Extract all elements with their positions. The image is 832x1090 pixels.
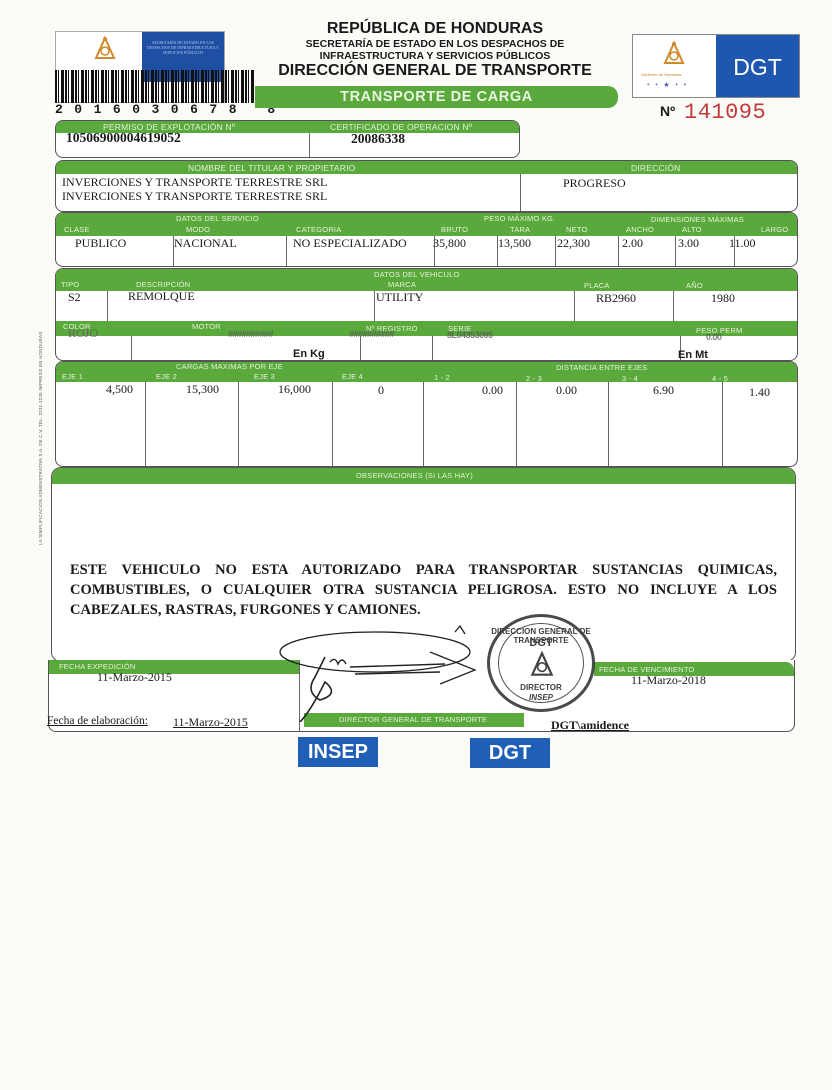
tipo-value: S2 [68,290,81,305]
service-label: DATOS DEL SERVICIO [176,214,259,223]
header-ministry-1: SECRETARÍA DE ESTADO EN LOS DESPACHOS DE [270,38,600,50]
tara-label: TARA [510,225,530,234]
eje2-label: EJE 2 [156,372,177,381]
placa-value: RB2960 [596,291,636,306]
alto-label: ALTO [682,225,702,234]
dist-45-label: 4 - 5 [712,374,728,383]
owner-name-1: INVERCIONES Y TRANSPORTE TERRESTRE SRL [62,175,327,190]
signature [270,622,490,722]
fecha-vencimiento-value: 11-Marzo-2018 [631,673,706,688]
registro-value: ########## [349,329,394,339]
dist-23-value: 0.00 [556,383,577,398]
owner-label: NOMBRE DEL TITULAR Y PROPIETARIO [188,163,355,173]
address-value: PROGRESO [563,176,626,191]
categoria-value: NO ESPECIALIZADO [293,236,407,251]
clase-value: PUBLICO [75,236,126,251]
dgt-logo-text: DGT [716,35,799,97]
color-value: ROJO [68,326,98,341]
dist-12-label: 1 - 2 [434,373,450,382]
ancho-value: 2.00 [622,236,643,251]
printer-note: LA SIMPLIFICACION ADMINISTRATIVA S.A. DE… [38,332,43,545]
marca-value: UTILITY [376,290,423,305]
stamp-director-text: DIRECTOR [490,683,592,692]
certificado-value: 20086338 [351,131,405,147]
owner-section: NOMBRE DEL TITULAR Y PROPIETARIO DIRECCI… [55,160,798,212]
eje3-label: EJE 3 [254,372,275,381]
document-type-banner: TRANSPORTE DE CARGA [255,86,618,108]
tipo-label: TIPO [61,280,79,289]
coat-of-arms-icon [530,651,554,679]
dgt-logo: Gobierno de Honduras • • ★ • • DGT [632,34,800,98]
elaboracion-label: Fecha de elaboración: [47,715,148,727]
address-label: DIRECCIÓN [631,163,681,173]
permits-section: PERMISO DE EXPLOTACIÓN Nº CERTIFICADO DE… [55,120,520,158]
dist-12-value: 0.00 [482,383,503,398]
serial-number-label: Nº [660,103,675,119]
dist-45-value: 1.40 [749,385,770,400]
motor-label: MOTOR [192,322,221,331]
stars-icon: • • ★ • • [647,81,688,89]
insep-logo: INSEP [298,737,378,767]
modo-label: MODO [186,225,210,234]
eje4-value: 0 [378,383,384,398]
barcode [55,70,255,103]
eje1-label: EJE 1 [62,372,83,381]
vehicle-section: DATOS DEL VEHICULO TIPO DESCRIPCIÓN MARC… [55,268,798,361]
stamp-center-text: DGT [490,637,592,649]
barcode-number: 2016030678 8 [55,102,287,117]
fecha-expedicion-value: 11-Marzo-2015 [97,670,172,685]
largo-value: 11.00 [729,236,756,251]
coat-of-arms-icon [663,41,685,67]
eje2-value: 15,300 [186,382,219,397]
weight-label: PESO MÁXIMO KG. [484,214,555,223]
placa-label: PLACA [584,281,610,290]
owner-name-2: INVERCIONES Y TRANSPORTE TERRESTRE SRL [62,189,327,204]
document-header: REPÚBLICA DE HONDURAS SECRETARÍA DE ESTA… [270,20,600,80]
largo-label: LARGO [761,225,788,234]
serial-number: 141095 [684,100,766,125]
categoria-label: CATEGORIA [296,225,341,234]
modo-value: NACIONAL [174,236,237,251]
descripcion-value: REMOLQUE [128,289,195,304]
elaboracion-value: 11-Marzo-2015 [173,715,248,730]
dist-34-label: 3 - 4 [622,374,638,383]
descripcion-label: DESCRIPCIÓN [136,280,190,289]
unit-kg: En Kg [293,348,325,360]
loads-label: CARGAS MAXIMAS POR EJE [176,362,283,371]
observations-label: OBSERVACIONES (SI LAS HAY) [356,471,473,480]
bruto-label: BRUTO [441,225,468,234]
marca-label: MARCA [388,280,416,289]
permiso-value: 10506900004619052 [66,130,181,146]
user-code: DGT\amidence [551,718,629,732]
service-section: DATOS DEL SERVICIO PESO MÁXIMO KG. DIMEN… [55,212,798,267]
alto-value: 3.00 [678,236,699,251]
dgt-footer-logo: DGT [470,738,550,768]
coat-of-arms-icon [94,36,116,62]
bruto-value: 35,800 [433,236,466,251]
serie-value: 8L04353095 [447,330,493,340]
ancho-label: ANCHO [626,225,654,234]
vehicle-label: DATOS DEL VEHICULO [374,270,460,279]
anio-value: 1980 [711,291,735,306]
dist-23-label: 2 - 3 [526,374,542,383]
eje1-value: 4,500 [106,382,133,397]
tara-value: 13,500 [498,236,531,251]
eje4-label: EJE 4 [342,372,363,381]
motor-value: ########## [228,329,273,339]
clase-label: CLASE [64,225,90,234]
official-stamp: DIRECCION GENERAL DE TRANSPORTE DGT DIRE… [487,614,595,712]
dims-label: DIMENSIONES MÁXIMAS [651,215,744,224]
gov-label: Gobierno de Honduras [641,72,681,77]
neto-value: 22,300 [557,236,590,251]
anio-label: AÑO [686,281,703,290]
neto-label: NETO [566,225,588,234]
axles-section: CARGAS MAXIMAS POR EJE DISTANCIA ENTRE E… [55,361,798,467]
dist-34-value: 6.90 [653,383,674,398]
eje3-value: 16,000 [278,382,311,397]
peso-perm-value: 0.00 [706,332,722,342]
observations-text: ESTE VEHICULO NO ESTA AUTORIZADO PARA TR… [70,560,777,620]
header-direction: DIRECCIÓN GENERAL DE TRANSPORTE [270,62,600,80]
distance-label: DISTANCIA ENTRE EJES [556,363,647,372]
header-ministry-2: INFRAESTRUCTURA Y SERVICIOS PÚBLICOS [270,50,600,62]
unit-mt: En Mt [678,349,708,361]
stamp-insep-text: INSEP [490,693,592,702]
header-country: REPÚBLICA DE HONDURAS [270,20,600,38]
